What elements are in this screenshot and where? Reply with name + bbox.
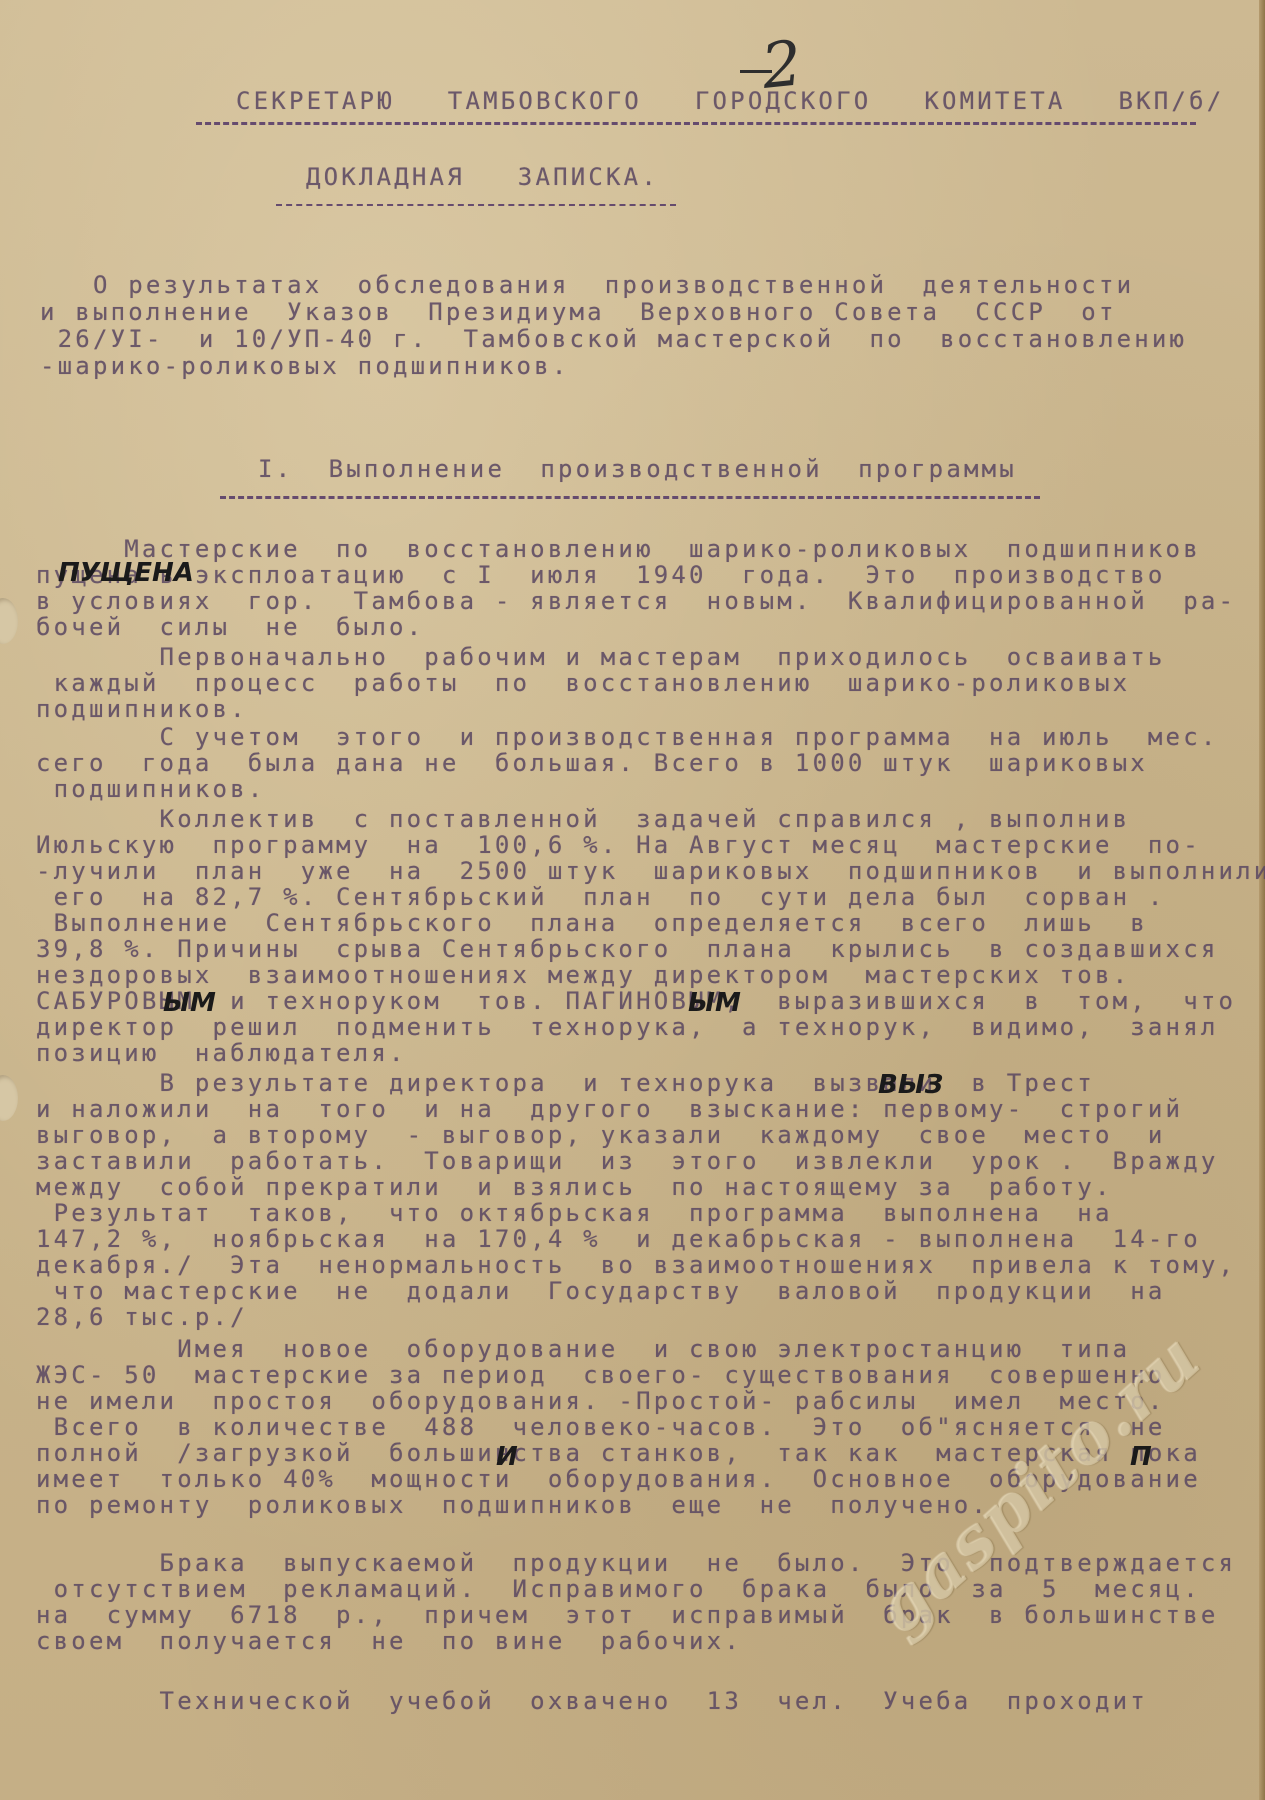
body-line: не имели простоя оборудования. -Простой-… xyxy=(36,1388,1166,1414)
body-line: заставили работать. Товарищи из этого из… xyxy=(36,1148,1219,1174)
body-line: сего года была дана не большая. Всего в … xyxy=(36,750,1148,776)
body-line: 147,2 %, ноябрьская на 170,4 % и декабрь… xyxy=(36,1226,1201,1252)
body-line: пущена в эксплоатацию с I июля 1940 года… xyxy=(36,562,1166,588)
body-line: Имея новое оборудование и свою электрост… xyxy=(36,1336,1130,1362)
body-line: Выполнение Сентябрьского плана определяе… xyxy=(36,910,1148,936)
handwritten-correction: ЫМ xyxy=(163,990,216,1016)
body-line: на сумму 6718 р., причем этот исправимый… xyxy=(36,1602,1219,1628)
section-heading: I. Выполнение производственной программы xyxy=(258,456,1017,482)
title-underline xyxy=(276,204,676,206)
page-edge xyxy=(1259,0,1265,1800)
body-line: Всего в количестве 488 человеко-часов. Э… xyxy=(36,1414,1166,1440)
subject-line: и выполнение Указов Президиума Верховног… xyxy=(40,299,1117,325)
subject-line: О результатах обследования производствен… xyxy=(40,272,1134,298)
body-line: Первоначально рабочим и мастерам приходи… xyxy=(36,644,1166,670)
body-line: С учетом этого и производственная програ… xyxy=(36,724,1219,750)
body-line: Брака выпускаемой продукции не было. Это… xyxy=(36,1550,1236,1576)
binding-hole xyxy=(0,598,18,644)
document-page: 2 СЕКРЕТАРЮ ТАМБОВСКОГО ГОРОДСКОГО КОМИТ… xyxy=(0,0,1265,1800)
binding-hole xyxy=(0,1075,18,1121)
header-underline xyxy=(196,122,1196,125)
body-line: что мастерские не додали Государству вал… xyxy=(36,1278,1166,1304)
body-line: 39,8 %. Причины срыва Сентябрьского план… xyxy=(36,936,1219,962)
body-line: нездоровых взаимоотношениях между директ… xyxy=(36,962,1130,988)
handwritten-correction: ПУЩЕНА xyxy=(58,560,194,586)
body-line: каждый процесс работы по восстановлению … xyxy=(36,670,1130,696)
body-line: САБУРОВЫМ и техноруком тов. ПАГИНОВЫМ, в… xyxy=(36,988,1236,1014)
section-underline xyxy=(220,496,1040,499)
subject-line: 26/УI- и 10/УП-40 г. Тамбовской мастерск… xyxy=(40,326,1187,352)
body-line: его на 82,7 %. Сентябрьский план по сути… xyxy=(36,884,1166,910)
body-line: позицию наблюдателя. xyxy=(36,1040,407,1066)
body-line: между собой прекратили и взялись по наст… xyxy=(36,1174,1113,1200)
handwritten-correction: И xyxy=(496,1444,518,1470)
body-line: -лучили план уже на 2500 штук шариковых … xyxy=(36,858,1265,884)
body-line: ЖЭС- 50 мастерские за период своего- сущ… xyxy=(36,1362,1166,1388)
body-line: своем получается не по вине рабочих. xyxy=(36,1628,742,1654)
subject-line: -шарико-роликовых подшипников. xyxy=(40,353,569,379)
addressee-header: СЕКРЕТАРЮ ТАМБОВСКОГО ГОРОДСКОГО КОМИТЕТ… xyxy=(236,88,1224,114)
body-line: подшипников. xyxy=(36,696,248,722)
body-line: декабря./ Эта ненормальность во взаимоот… xyxy=(36,1252,1236,1278)
handwritten-correction: ЫМ xyxy=(688,990,741,1016)
body-line: Результат таков, что октябрьская програм… xyxy=(36,1200,1113,1226)
body-line: 28,6 тыс.р./ xyxy=(36,1304,248,1330)
body-line: в условиях гор. Тамбова - является новым… xyxy=(36,588,1236,614)
body-line: Июльскую программу на 100,6 %. На Август… xyxy=(36,832,1201,858)
body-line: выговор, а второму - выговор, указали ка… xyxy=(36,1122,1166,1148)
body-line: Мастерские по восстановлению шарико-роли… xyxy=(36,536,1201,562)
body-line: и наложили на того и на другого взыскани… xyxy=(36,1096,1183,1122)
handwritten-correction: ВЫЗ xyxy=(878,1072,943,1098)
body-line: по ремонту роликовых подшипников еще не … xyxy=(36,1492,989,1518)
body-line: отсутствием рекламаций. Исправимого брак… xyxy=(36,1576,1201,1602)
body-line: Коллектив с поставленной задачей справил… xyxy=(36,806,1130,832)
body-line: подшипников. xyxy=(36,776,265,802)
document-title: ДОКЛАДНАЯ ЗАПИСКА. xyxy=(306,164,659,190)
body-line: Технической учебой охвачено 13 чел. Учеб… xyxy=(36,1688,1148,1714)
body-line: бочей силы не было. xyxy=(36,614,424,640)
